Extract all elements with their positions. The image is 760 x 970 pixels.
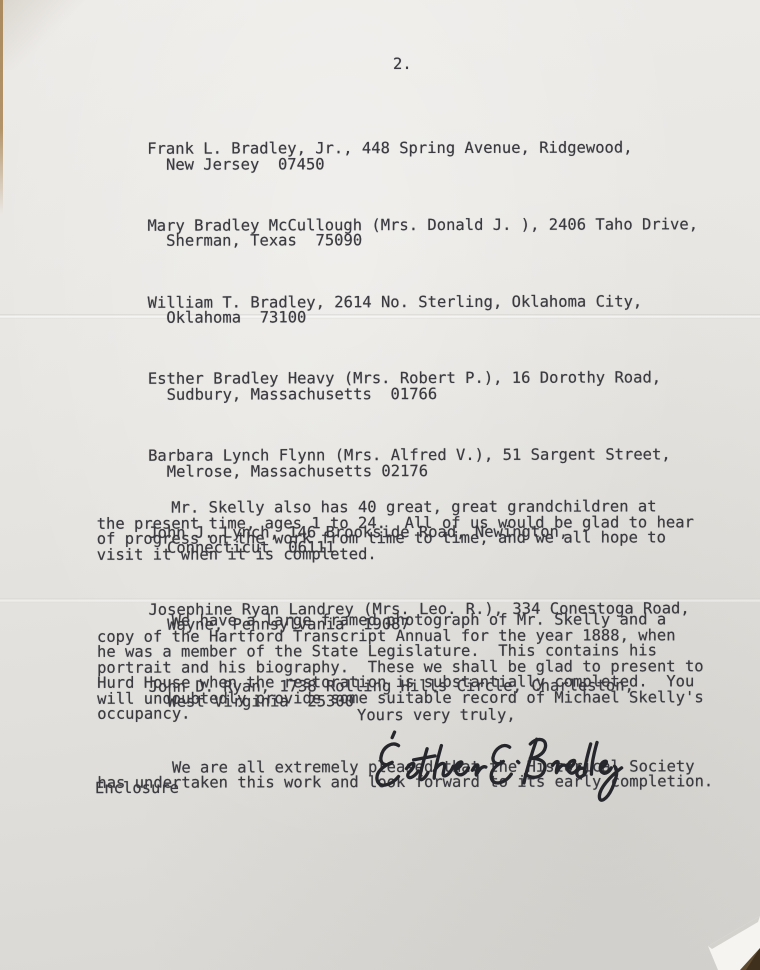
enclosure-note: Enclosure (95, 781, 179, 797)
page-number: 2. (393, 57, 412, 73)
recipient-entry: Frank L. Bradley, Jr., 448 Spring Avenue… (147, 140, 737, 173)
recipient-entry: Mary Bradley McCullough (Mrs. Donald J. … (147, 217, 737, 250)
handwritten-signature: Esther E. Bradley (362, 726, 624, 816)
closing-line: Yours very truly, (357, 708, 516, 724)
body-paragraph: Mr. Skelly also has 40 great, great gran… (97, 499, 732, 563)
turned-corner-graphic (678, 888, 760, 970)
signature-strokes (362, 726, 624, 816)
letter-scan: 2. Frank L. Bradley, Jr., 448 Spring Ave… (0, 0, 760, 970)
top-left-shading (0, 0, 90, 70)
turned-corner (678, 888, 760, 970)
recipient-entry: William T. Bradley, 2614 No. Sterling, O… (148, 294, 738, 327)
recipient-entry: Esther Bradley Heavy (Mrs. Robert P.), 1… (148, 371, 738, 404)
paper-left-edge (0, 0, 3, 215)
